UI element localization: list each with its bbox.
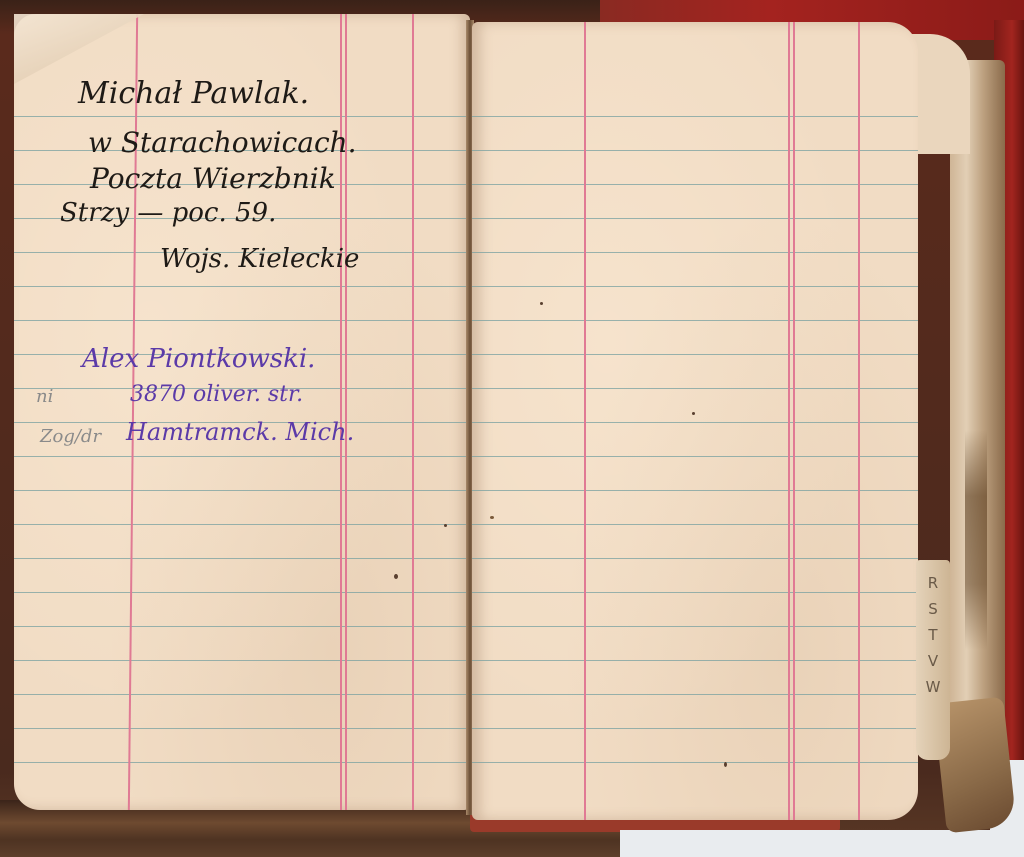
ruled-line (472, 694, 918, 695)
pencil-note: ni (36, 386, 53, 407)
ruled-line (14, 626, 470, 627)
paper-spot (540, 302, 543, 305)
ruled-line (472, 762, 918, 763)
ruled-line (14, 490, 470, 491)
ruled-line (472, 388, 918, 389)
pencil-note: Zog/dr (40, 426, 101, 447)
handwritten-city: Hamtramck. Mich. (126, 418, 354, 446)
paper-spot (394, 574, 398, 579)
left-page: Michał Pawlak. w Starachowicach. Poczta … (14, 14, 470, 810)
ruled-line (14, 694, 470, 695)
index-tab-v[interactable]: V (928, 652, 938, 670)
ruled-line (14, 660, 470, 661)
ruled-line (472, 490, 918, 491)
ruled-line (14, 728, 470, 729)
ruled-line (14, 558, 470, 559)
right-page (472, 22, 918, 820)
page-stack-edge (950, 60, 1005, 780)
background-surface (620, 830, 1024, 857)
handwritten-name-2: Alex Piontkowski. (82, 344, 315, 374)
paper-spot (490, 516, 494, 519)
handwritten-town: w Starachowicach. (88, 126, 357, 159)
ruled-line (472, 286, 918, 287)
index-tab-t[interactable]: T (928, 626, 937, 644)
ruled-line (14, 524, 470, 525)
handwritten-district: Strzy — poc. 59. (60, 198, 276, 228)
paper-spot (692, 412, 695, 415)
ruled-line (14, 592, 470, 593)
ruled-line (472, 422, 918, 423)
ruled-line (472, 456, 918, 457)
margin-line (858, 22, 860, 820)
ruled-line (472, 592, 918, 593)
paper-spot (724, 762, 727, 767)
margin-line (584, 22, 586, 820)
ruled-line (14, 762, 470, 763)
handwritten-province: Wojs. Kieleckie (160, 244, 359, 274)
ruled-line (472, 150, 918, 151)
handwritten-name-1: Michał Pawlak. (78, 76, 309, 111)
ruled-line (472, 728, 918, 729)
ruled-line (14, 456, 470, 457)
alphabet-index-tabs: R S T V W (916, 560, 950, 760)
ruled-line (14, 286, 470, 287)
index-tab-s[interactable]: S (928, 600, 938, 618)
ruled-line (472, 252, 918, 253)
water-stain (965, 430, 987, 650)
ruled-line (14, 116, 470, 117)
ruled-line (472, 218, 918, 219)
margin-line (412, 14, 414, 810)
handwritten-post-office: Poczta Wierzbnik (90, 162, 336, 195)
index-tab-w[interactable]: W (926, 678, 941, 696)
ruled-line (472, 660, 918, 661)
ruled-line (472, 320, 918, 321)
margin-line-double (793, 22, 795, 820)
paper-spot (444, 524, 447, 527)
ruled-line (14, 320, 470, 321)
ruled-line (472, 116, 918, 117)
ruled-line (472, 524, 918, 525)
margin-line-double (788, 22, 790, 820)
index-tab-r[interactable]: R (928, 574, 938, 592)
ruled-line (472, 184, 918, 185)
ruled-line (472, 354, 918, 355)
ruled-line (472, 558, 918, 559)
handwritten-street-address: 3870 oliver. str. (130, 382, 303, 407)
ruled-line (472, 626, 918, 627)
